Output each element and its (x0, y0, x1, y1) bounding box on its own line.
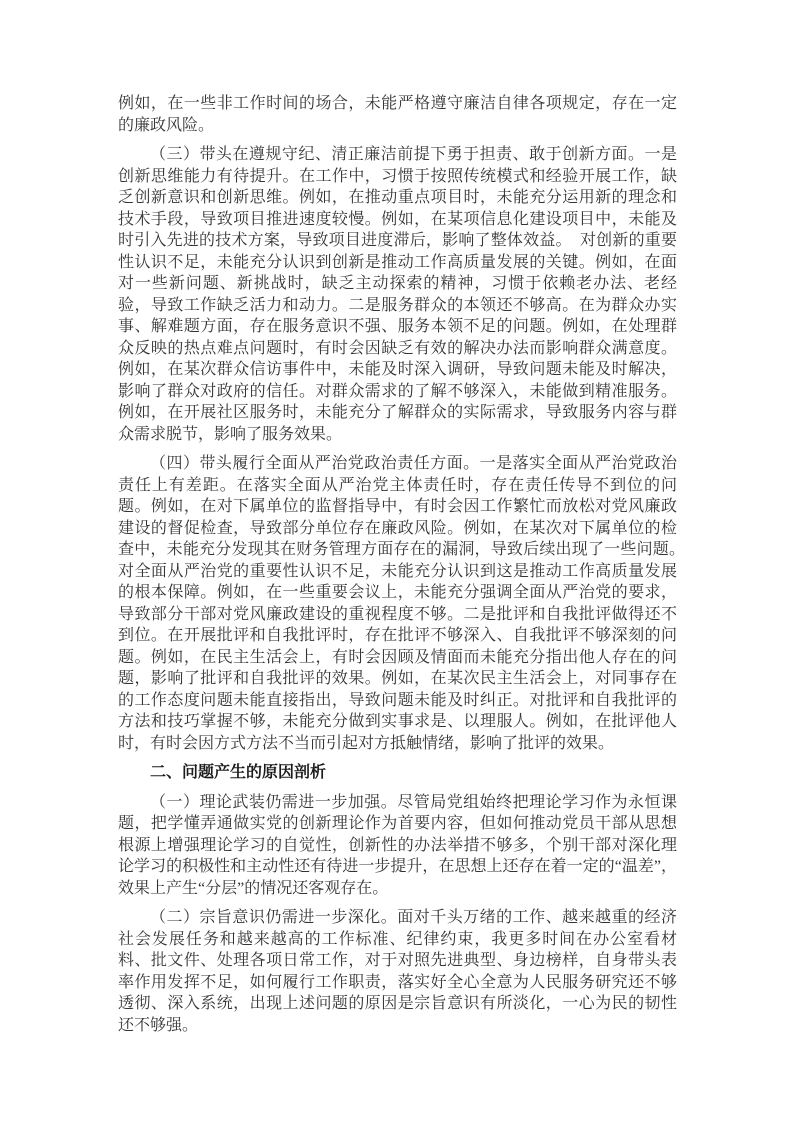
paragraph: （一）理论武装仍需进一步加强。尽管局党组始终把理论学习作为永恒课题，把学懂弄通做… (118, 792, 677, 900)
paragraph: （四）带头履行全面从严治党政治责任方面。一是落实全面从严治党政治责任上有差距。在… (118, 453, 677, 754)
section-heading: 二、问题产生的原因剖析 (118, 762, 677, 784)
paragraph: （三）带头在遵规守纪、清正廉洁前提下勇于担责、敢于创新方面。一是创新思维能力有待… (118, 144, 677, 445)
paragraph: 例如，在一些非工作时间的场合，未能严格遵守廉洁自律各项规定，存在一定的廉政风险。 (118, 93, 677, 136)
document-page: 例如，在一些非工作时间的场合，未能严格遵守廉洁自律各项规定，存在一定的廉政风险。… (0, 0, 793, 1122)
paragraph: （二）宗旨意识仍需进一步深化。面对千头万绪的工作、越来越重的经济社会发展任务和越… (118, 907, 677, 1036)
document-body: 例如，在一些非工作时间的场合，未能严格遵守廉洁自律各项规定，存在一定的廉政风险。… (118, 93, 677, 1036)
